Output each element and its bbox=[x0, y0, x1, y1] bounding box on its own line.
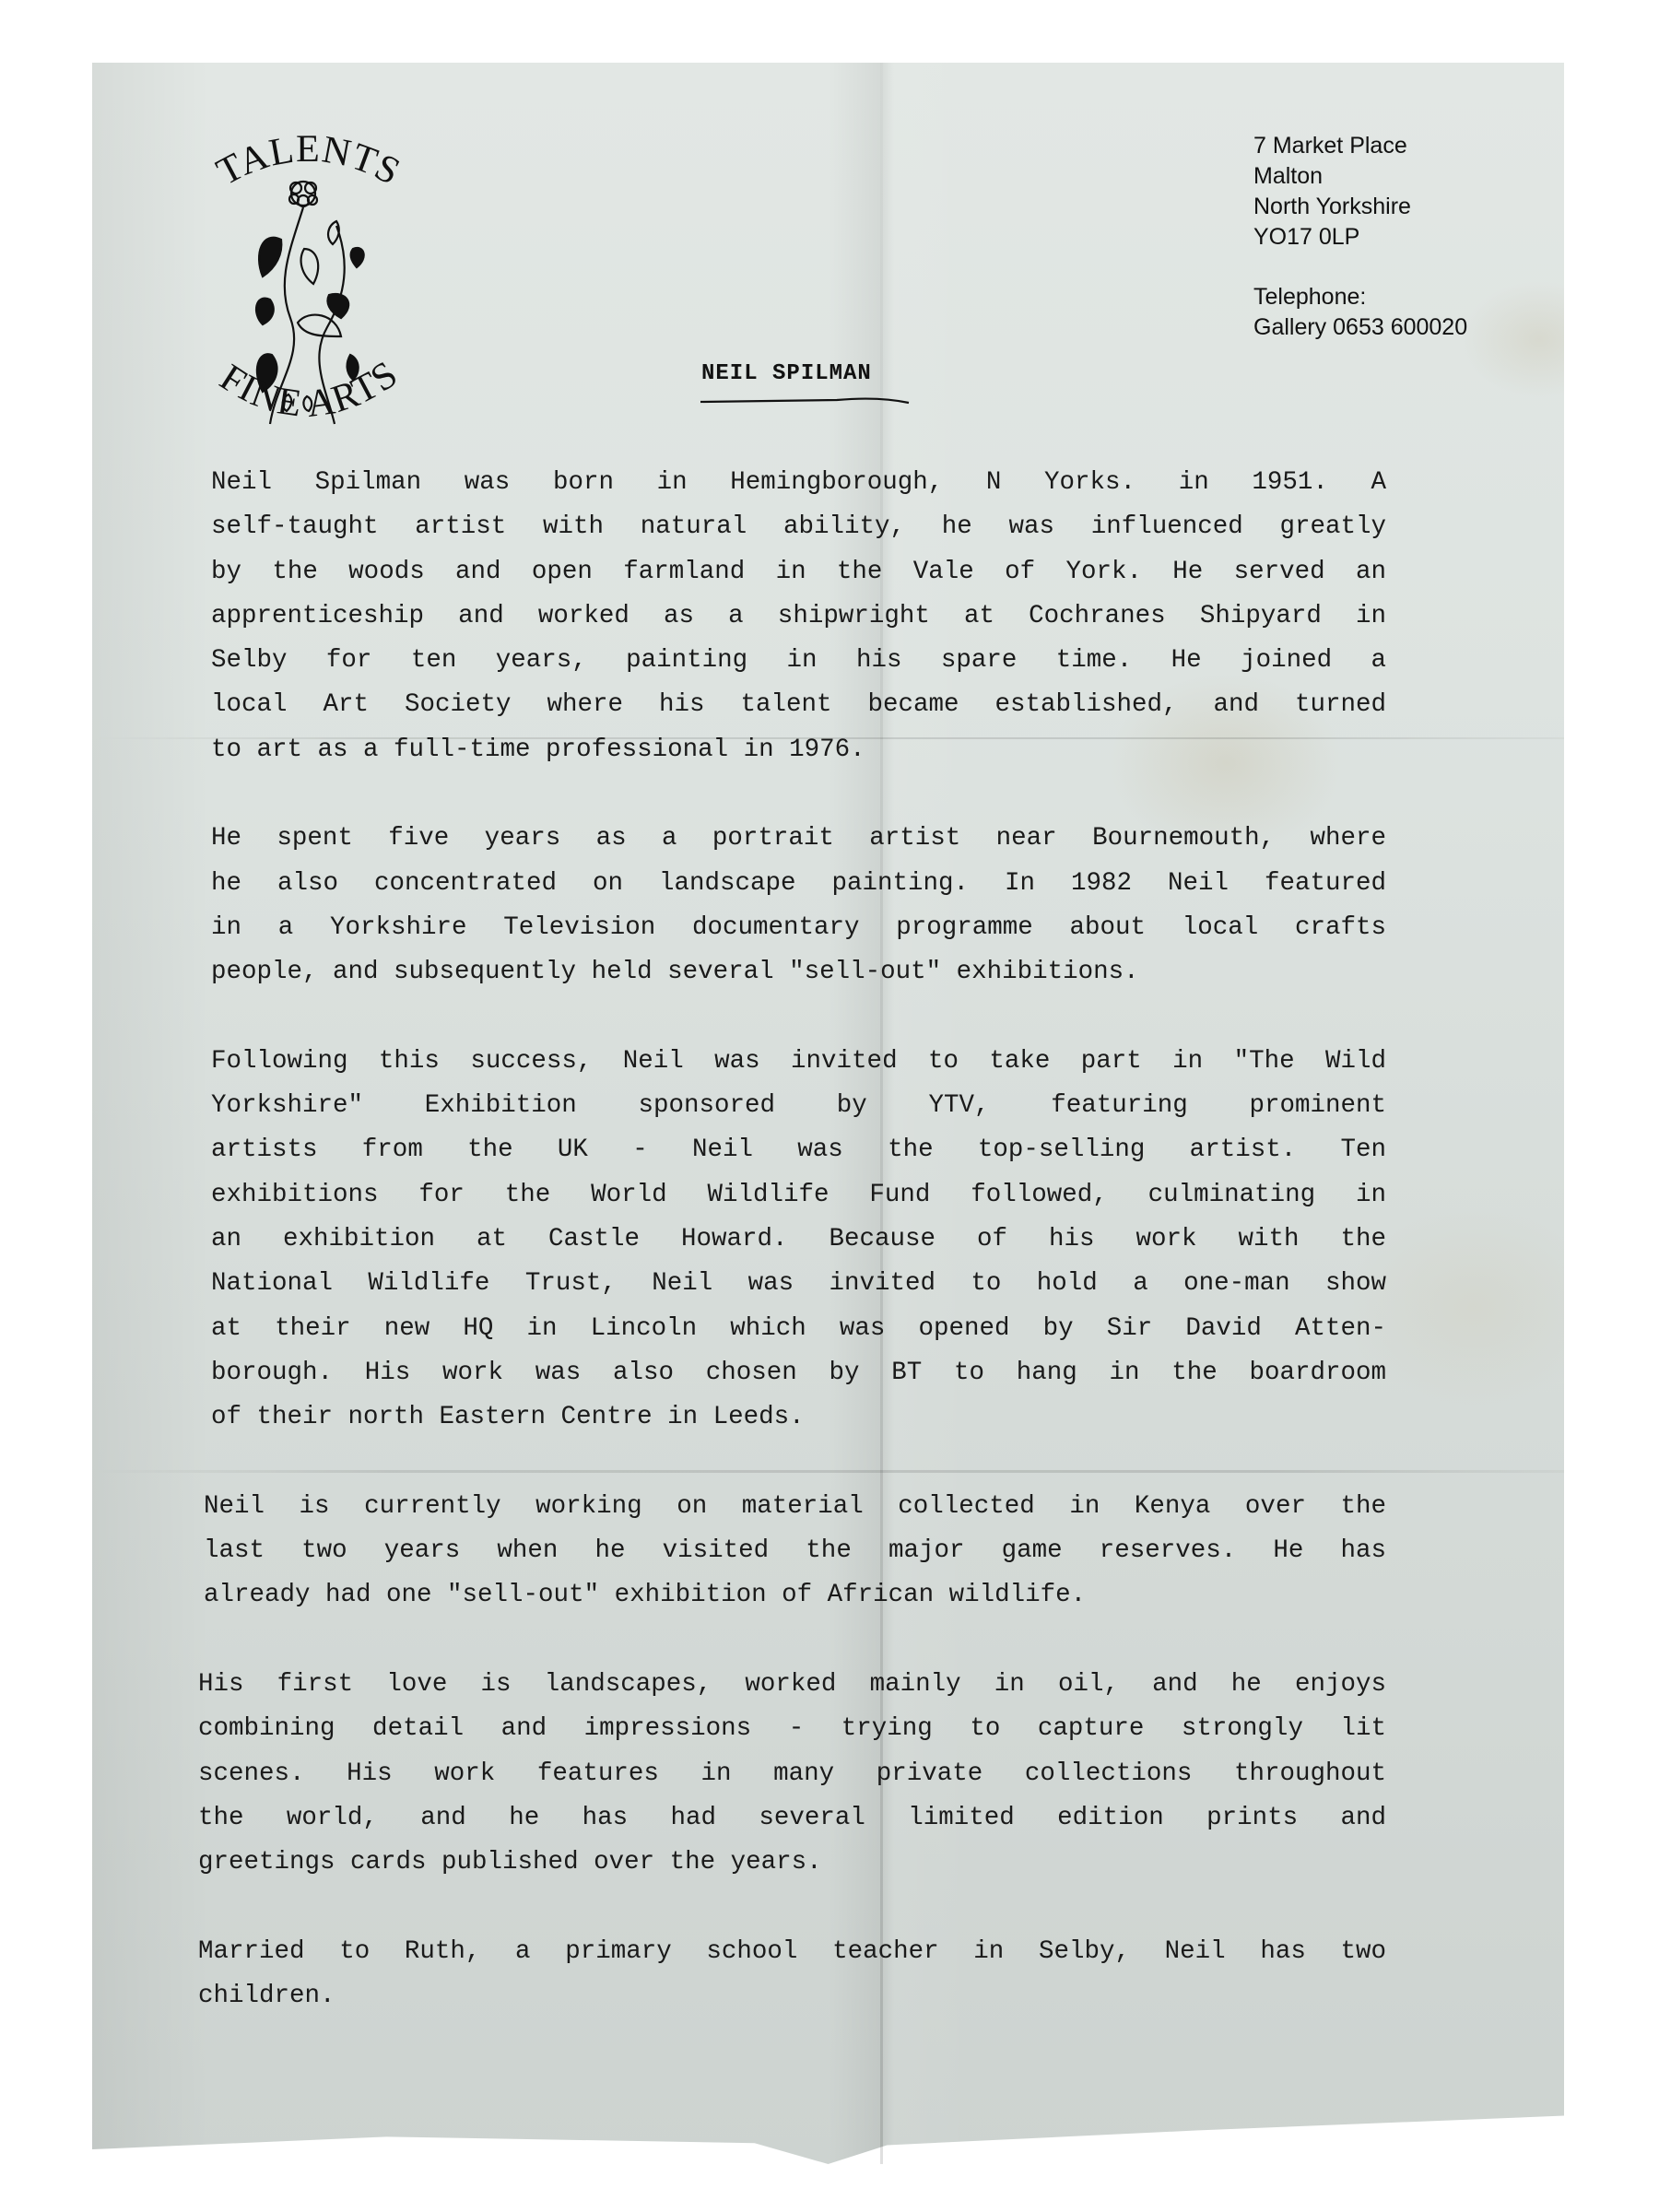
text-line: by the woods and open farmland in the Va… bbox=[211, 550, 1386, 594]
text-line: borough. His work was also chosen by BT … bbox=[211, 1351, 1386, 1395]
text-line: His first love is landscapes, worked mai… bbox=[198, 1663, 1386, 1707]
text-line: children. bbox=[198, 1974, 1386, 2018]
text-line: greetings cards published over the years… bbox=[198, 1841, 1386, 1885]
paragraph: Neil is currently working on material co… bbox=[204, 1485, 1386, 1618]
logo-bottom-text: FINE ARTS bbox=[212, 353, 406, 426]
text-line: National Wildlife Trust, Neil was invite… bbox=[211, 1262, 1386, 1306]
logo-top-text: TALENTS bbox=[210, 129, 407, 194]
text-line: of their north Eastern Centre in Leeds. bbox=[211, 1395, 1386, 1440]
text-line: self-taught artist with natural ability,… bbox=[211, 505, 1386, 549]
text-line: scenes. His work features in many privat… bbox=[198, 1752, 1386, 1796]
text-line: in a Yorkshire Television documentary pr… bbox=[211, 906, 1386, 950]
text-line: an exhibition at Castle Howard. Because … bbox=[211, 1218, 1386, 1262]
text-line: Neil is currently working on material co… bbox=[204, 1485, 1386, 1529]
text-line: He spent five years as a portrait artist… bbox=[211, 817, 1386, 861]
paragraph: He spent five years as a portrait artist… bbox=[211, 817, 1386, 994]
text-line: Neil Spilman was born in Hemingborough, … bbox=[211, 461, 1386, 505]
text-line: Married to Ruth, a primary school teache… bbox=[198, 1930, 1386, 1974]
telephone-number: Gallery 0653 600020 bbox=[1253, 312, 1467, 343]
title-underline bbox=[699, 394, 911, 406]
telephone-label: Telephone: bbox=[1253, 282, 1467, 312]
text-line: Following this success, Neil was invited… bbox=[211, 1040, 1386, 1084]
text-line: Yorkshire" Exhibition sponsored by YTV, … bbox=[211, 1084, 1386, 1128]
biography-body: Neil Spilman was born in Hemingborough, … bbox=[211, 461, 1386, 2064]
paragraph: His first love is landscapes, worked mai… bbox=[198, 1663, 1386, 1885]
talents-fine-arts-logo: TALENTS FINE ARTS bbox=[189, 129, 429, 447]
address-line: North Yorkshire bbox=[1253, 192, 1467, 222]
paragraph: Married to Ruth, a primary school teache… bbox=[198, 1930, 1386, 2019]
text-line: he also concentrated on landscape painti… bbox=[211, 862, 1386, 906]
text-line: exhibitions for the World Wildlife Fund … bbox=[211, 1173, 1386, 1218]
address-line: Malton bbox=[1253, 161, 1467, 192]
text-line: at their new HQ in Lincoln which was ope… bbox=[211, 1307, 1386, 1351]
address-spacer bbox=[1253, 253, 1467, 282]
address-postcode: YO17 0LP bbox=[1253, 222, 1467, 253]
paragraph: Neil Spilman was born in Hemingborough, … bbox=[211, 461, 1386, 772]
document-title: NEIL SPILMAN bbox=[701, 361, 872, 386]
text-line: artists from the UK - Neil was the top-s… bbox=[211, 1128, 1386, 1172]
address-line: 7 Market Place bbox=[1253, 131, 1467, 161]
text-line: local Art Society where his talent becam… bbox=[211, 683, 1386, 727]
paragraph: Following this success, Neil was invited… bbox=[211, 1040, 1386, 1441]
text-line: apprenticeship and worked as a shipwrigh… bbox=[211, 594, 1386, 639]
text-line: combining detail and impressions - tryin… bbox=[198, 1707, 1386, 1751]
text-line: people, and subsequently held several "s… bbox=[211, 950, 1386, 994]
text-line: last two years when he visited the major… bbox=[204, 1529, 1386, 1573]
text-line: the world, and he has had several limite… bbox=[198, 1796, 1386, 1841]
gallery-address: 7 Market Place Malton North Yorkshire YO… bbox=[1253, 131, 1467, 343]
text-line: Selby for ten years, painting in his spa… bbox=[211, 639, 1386, 683]
text-line: already had one "sell-out" exhibition of… bbox=[204, 1573, 1386, 1618]
text-line: to art as a full-time professional in 19… bbox=[211, 728, 1386, 772]
